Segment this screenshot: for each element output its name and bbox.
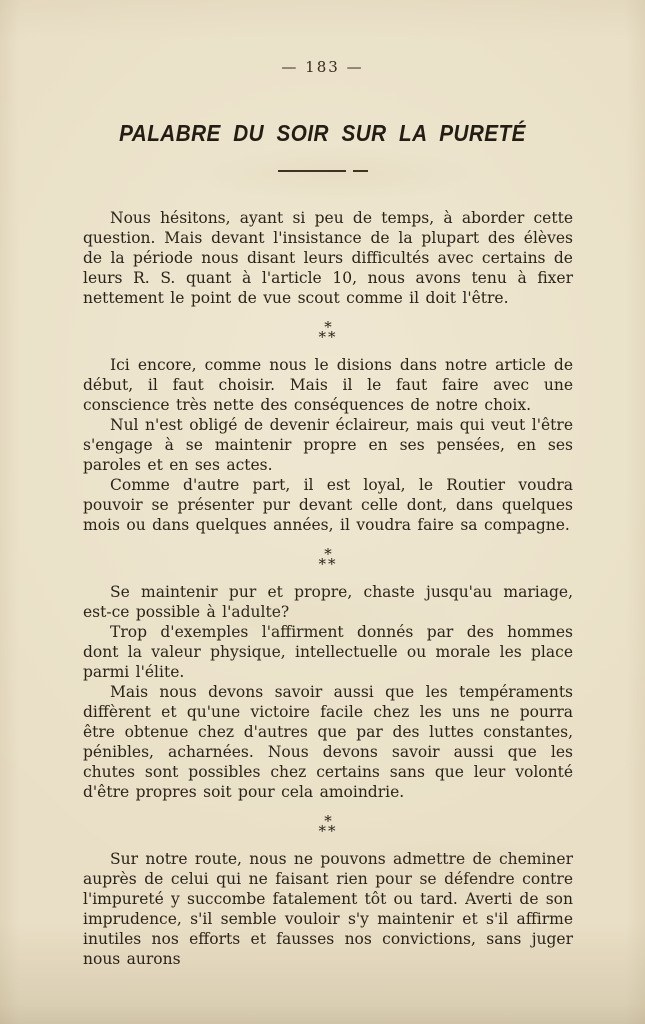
paragraph-group-3: Se maintenir pur et propre, chaste jusqu… xyxy=(83,582,573,802)
paragraph-group-4: Sur notre route, nous ne pouvons admettr… xyxy=(83,849,573,969)
paragraph: Se maintenir pur et propre, chaste jusqu… xyxy=(83,582,573,622)
asterism-divider-icon: * ** xyxy=(83,817,573,836)
title-rule xyxy=(0,169,645,172)
paragraph: Mais nous devons savoir aussi que les te… xyxy=(83,682,573,802)
book-page: — 183 — PALABRE DU SOIR SUR LA PURETÉ No… xyxy=(0,0,645,1024)
paragraph: Comme d'autre part, il est loyal, le Rou… xyxy=(83,475,573,535)
asterism-bottom: ** xyxy=(319,827,338,836)
rule-short-segment xyxy=(353,170,368,172)
asterism-bottom: ** xyxy=(319,333,338,342)
paragraph: Nul n'est obligé de devenir éclaireur, m… xyxy=(83,415,573,475)
paragraph-group-2: Ici encore, comme nous le disions dans n… xyxy=(83,355,573,535)
paragraph: Sur notre route, nous ne pouvons admettr… xyxy=(83,849,573,969)
paragraph: Ici encore, comme nous le disions dans n… xyxy=(83,355,573,415)
body-text: Nous hésitons, ayant si peu de temps, à … xyxy=(83,208,573,969)
paragraph-group-1: Nous hésitons, ayant si peu de temps, à … xyxy=(83,208,573,308)
asterism-bottom: ** xyxy=(319,560,338,569)
paragraph: Nous hésitons, ayant si peu de temps, à … xyxy=(83,208,573,308)
asterism-divider-icon: * ** xyxy=(83,550,573,569)
page-number: — 183 — xyxy=(0,58,645,76)
paragraph: Trop d'exemples l'affirment donnés par d… xyxy=(83,622,573,682)
asterism-divider-icon: * ** xyxy=(83,323,573,342)
rule-long-segment xyxy=(278,170,346,172)
page-title: PALABRE DU SOIR SUR LA PURETÉ xyxy=(32,120,613,147)
